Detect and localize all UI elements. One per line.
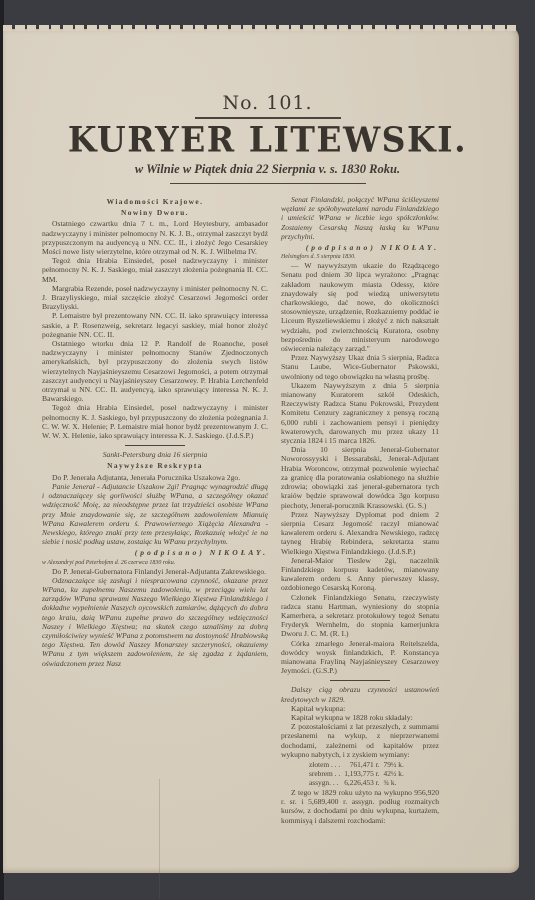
article-separator [125,445,185,446]
article-paragraph: Przez Naywyższy Ukaz dnia 5 sierpnia, Ra… [281,353,439,381]
article-paragraph: Tegoż dnia Hrabia Einsiedel, poseł nadzw… [42,256,268,284]
article-separator [330,680,390,681]
article-paragraph: Tegoż dnia Hrabia Einsiedel, poseł nadzw… [42,403,268,440]
issue-dateline: w Wilnie w Piątek dnia 22 Sierpnia v. s.… [0,162,535,177]
article-paragraph: Córka zmarłego Jenerał-maiora Reitelszel… [281,639,439,676]
paper-crease [159,779,160,899]
newspaper-title: KURYER LITEWSKI. [0,120,535,160]
rescript-letter: Odznaczaiące się zasługi i niespracowana… [42,576,268,668]
credit-line: Kapitał wykupna w 1828 roku składały: [281,713,439,722]
section-subheading: Nowiny Dworu. [42,208,268,217]
article-paragraph: Ukazem Naywyższym z dnia 5 sierpnia mian… [281,381,439,445]
article-paragraph: Członek Finlandzkiego Senatu, rzeczywist… [281,593,439,639]
rescript-heading: Naywyższe Reskrypta [42,461,268,470]
article-paragraph: Dnia 10 sierpnia Jenerał-Gubernator Nowo… [281,445,439,509]
signature: (podpisano) NIKOŁAY. [42,548,268,557]
article-paragraph: Margrabia Rezende, poseł nadzwyczayny i … [42,284,268,312]
addressee: Do P. Jenerała Adjutanta, Jenerała Poruc… [42,473,268,482]
masthead-rule-bottom [170,183,366,185]
left-column: Wiadomości Krajowe. Nowiny Dworu. Ostatn… [42,195,268,668]
addressee: Do P. Jenerał-Gubernatora Finlandyi Jene… [42,567,268,576]
masthead: No. 101. KURYER LITEWSKI. w Wilnie w Pią… [0,92,535,184]
table-row: srebrem . . 1,193,775 r. 42½ k. [309,769,408,778]
rescript-letter: Panie Jenerał - Adjutancie Uszakow 2gi! … [42,482,268,546]
credit-table: złotem . . . 761,471 r. 79½ k. srebrem .… [309,760,408,787]
article-paragraph: Ostatniego czwartku dnia 7 t. m., Lord H… [42,219,268,256]
section-heading: Wiadomości Krajowe. [42,197,268,206]
dateline: Sankt-Petersburg dnia 16 sierpnia [42,450,268,459]
place-date: w Alexandryi pod Peterhofem d. 26 czerwc… [42,560,268,567]
place-date: Helsingfors d. 5 sierpnia 1830. [281,254,439,261]
issue-number: No. 101. [0,92,535,114]
rescript-letter-continued: Senat Finlandzki, połączyć WPana ściśley… [281,195,439,241]
table-row: assygn. . . 6,226,453 r. ¾ k. [309,778,408,787]
credit-line: Kapitał wykupna: [281,704,439,713]
credit-heading: Dalszy ciąg obrazu czynności ustanowień … [281,685,439,703]
article-paragraph: Ostatniego wtorku dnia 12 P. Randolf de … [42,339,268,403]
article-paragraph: Z tego w 1829 roku użyto na wykupno 956,… [281,788,439,825]
table-row: złotem . . . 761,471 r. 79½ k. [309,760,408,769]
credit-line: Z pozostałościami z lat przeszłych, z su… [281,722,439,759]
article-paragraph: P. Lemaistre był prezentowany NN. CC. II… [42,311,268,339]
signature: (podpisano) NIKOŁAY. [281,243,439,252]
article-paragraph: — W naywyższym ukazie do Rządzącego Sena… [281,261,439,353]
article-paragraph: Przez Naywyższy Dyplomat pod dniem 2 sie… [281,510,439,556]
article-paragraph: Jenerał-Maior Tieslew 2gi, naczelnik Fin… [281,556,439,593]
right-column: Senat Finlandzki, połączyć WPana ściśley… [281,195,439,825]
